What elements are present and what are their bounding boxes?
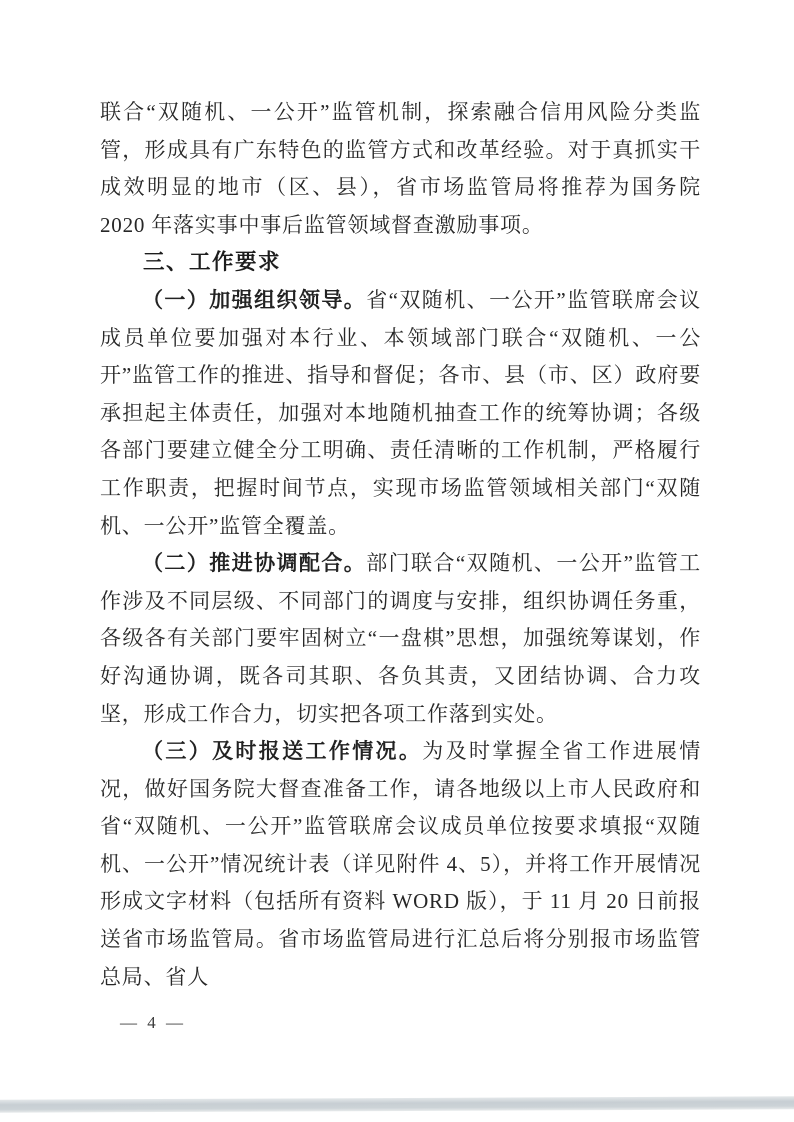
paragraph-item-1: （一）加强组织领导。省“双随机、一公开”监管联席会议成员单位要加强对本行业、本领… [100, 282, 701, 545]
paragraph-continuation-text: 联合“双随机、一公开”监管机制，探索融合信用风险分类监管，形成具有广东特色的监管… [100, 100, 701, 237]
paragraph-continuation: 联合“双随机、一公开”监管机制，探索融合信用风险分类监管，形成具有广东特色的监管… [100, 94, 701, 244]
paragraph-item-3: （三）及时报送工作情况。为及时掌握全省工作进展情况，做好国务院大督查准备工作，请… [100, 733, 701, 996]
page-number: — 4 — [120, 1013, 701, 1033]
paragraph-item-2: （二）推进协调配合。部门联合“双随机、一公开”监管工作涉及不同层级、不同部门的调… [100, 545, 701, 733]
item-2-text: 部门联合“双随机、一公开”监管工作涉及不同层级、不同部门的调度与安排，组织协调任… [100, 551, 701, 725]
section-heading: 三、工作要求 [100, 244, 701, 282]
item-1-text: 省“双随机、一公开”监管联席会议成员单位要加强对本行业、本领域部门联合“双随机、… [100, 288, 701, 538]
item-3-text: 为及时掌握全省工作进展情况，做好国务院大督查准备工作，请各地级以上市人民政府和省… [100, 739, 701, 989]
item-1-lead: （一）加强组织领导。 [142, 288, 366, 312]
scan-edge-shadow [0, 1096, 794, 1113]
document-body: 联合“双随机、一公开”监管机制，探索融合信用风险分类监管，形成具有广东特色的监管… [100, 94, 701, 1033]
item-3-lead: （三）及时报送工作情况。 [142, 739, 422, 763]
scanned-document-page: 联合“双随机、一公开”监管机制，探索融合信用风险分类监管，形成具有广东特色的监管… [0, 0, 794, 1122]
item-2-lead: （二）推进协调配合。 [142, 551, 366, 575]
